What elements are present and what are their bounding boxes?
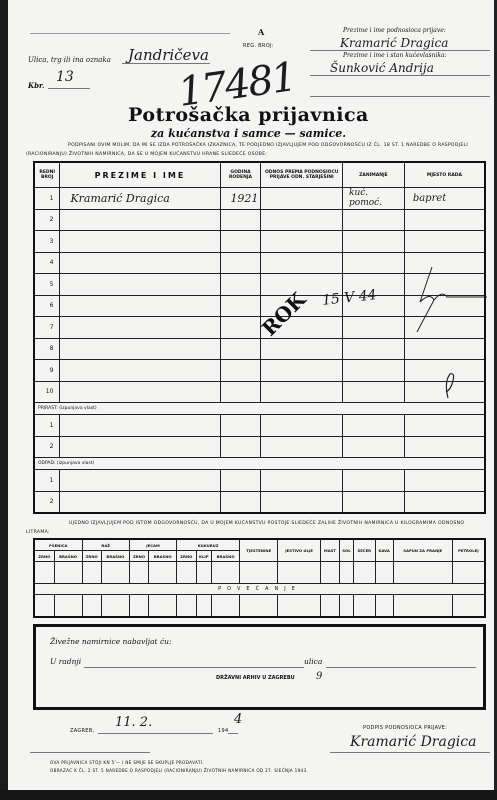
applicant-line [310, 50, 490, 51]
applicant-label: Prezime i ime podnosioca prijave: [343, 27, 446, 34]
street-field-line [326, 667, 476, 668]
row-number: 6 [34, 295, 60, 317]
stock-increase-row: POVEĆANJE [34, 584, 485, 595]
header-name: PREZIME I IME [60, 162, 220, 188]
sub-corn-grain: ZRNO [177, 551, 196, 562]
group-barley: JEČAM [129, 539, 176, 551]
group-corn: KUKURUZ [177, 539, 240, 551]
table-row: 10 [34, 381, 485, 403]
place-label: ZAGREB, [70, 728, 94, 734]
form-subtitle: za kućanstva i samce — samice. [0, 127, 497, 140]
person-name: Kramarić Dragica [60, 188, 220, 210]
archive-stamp: DRŽAVNI ARHIV U ZAGREBU [216, 675, 295, 681]
row-number: 2 [34, 436, 60, 458]
stock-table: PŠENICA RAŽ JEČAM KUKURUZ TJESTENINE JES… [33, 538, 486, 618]
scan-border-bottom [0, 790, 497, 800]
shop-label: U radnji [50, 657, 81, 666]
group-wheat: PŠENICA [34, 539, 82, 551]
top-rule [30, 33, 230, 34]
decrease-section-row: ODPAD: (izpunjava vlast) [34, 458, 485, 470]
row-number: 4 [34, 252, 60, 274]
footer-left-line [30, 752, 150, 753]
table-row: 1 Kramarić Dragica 1921 kuć. pomoć. bapr… [34, 188, 485, 210]
applicant-value: Kramarić Dragica [340, 36, 448, 50]
form-note: OBRAZAC K ČL. 2 ST. 5 NAREDBE O RASPODJE… [50, 768, 308, 773]
table-row: 1 [34, 470, 485, 492]
signature-value: Kramarić Dragica [350, 734, 476, 750]
stock-increase-values-row [34, 595, 485, 618]
intro-text: PODPISANI OVIM MOLIM, DA MI SE IZDA POTR… [26, 141, 488, 159]
table-row: 2 [34, 491, 485, 513]
form-title: Potrošačka prijavnica [0, 104, 497, 126]
persons-table: REDNI BROJ PREZIME I IME GODINA RODENJA … [33, 161, 486, 514]
group-sugar: ŠEĆER [353, 539, 375, 562]
house-number-line [48, 88, 90, 89]
row-number: 1 [34, 470, 60, 492]
persons-header-row: REDNI BROJ PREZIME I IME GODINA RODENJA … [34, 162, 485, 188]
date-line [98, 733, 213, 734]
header-number: REDNI BROJ [34, 162, 60, 188]
row-number: 8 [34, 338, 60, 360]
sub-rye-grain: ZRNO [82, 551, 101, 562]
year-line [228, 733, 238, 734]
header-occupation: ZANIMANJE [343, 162, 405, 188]
owner-label: Prezime i ime i stan kućevlasnika: [343, 52, 447, 59]
series-letter: A [258, 27, 264, 37]
group-salt: SOL [340, 539, 354, 562]
year-suffix: 4 [234, 712, 242, 727]
house-number-value: 13 [56, 69, 74, 85]
row-number: 2 [34, 491, 60, 513]
street-line [122, 63, 210, 64]
stock-increase-label: POVEĆANJE [34, 584, 485, 595]
row-number: 1 [34, 188, 60, 210]
row-number: 9 [34, 360, 60, 382]
group-pasta: TJESTENINE [240, 539, 278, 562]
street-field-label: ulica [304, 657, 322, 666]
table-row: 3 [34, 231, 485, 253]
person-relation [261, 188, 343, 210]
group-lard: MAST [320, 539, 339, 562]
row-number: 7 [34, 317, 60, 339]
row-number: 3 [34, 231, 60, 253]
sub-corn-flour: BRAŠNO [212, 551, 240, 562]
supply-label: Živežne namirnice nabavljat ću: [50, 637, 172, 646]
owner-value: Šunković Andrija [330, 61, 434, 75]
reg-number-label: REG. BROJ: [243, 43, 274, 49]
row-number: 5 [34, 274, 60, 296]
official-signature-icon [412, 262, 492, 332]
sub-corn-cob: KLIP [196, 551, 212, 562]
row-number: 1 [34, 415, 60, 437]
sub-barley-flour: BRAŠNO [149, 551, 177, 562]
decrease-label: ODPAD: (izpunjava vlast) [34, 458, 485, 470]
sub-wheat-flour: BRAŠNO [54, 551, 82, 562]
row-number: 2 [34, 209, 60, 231]
extra-line [310, 96, 490, 97]
year-prefix: 194 [218, 728, 228, 734]
row-number: 10 [34, 381, 60, 403]
header-birth-year: GODINA RODENJA [220, 162, 261, 188]
initial-mark-icon [440, 370, 460, 400]
increase-label: PRIRAST: (izpunjava vlast) [34, 403, 485, 415]
person-birth-year: 1921 [220, 188, 261, 210]
person-workplace: bapret [404, 188, 485, 210]
street-label: Ulica, trg ili ina oznaka [28, 56, 111, 64]
person-occupation: kuć. pomoć. [343, 188, 405, 210]
table-row: 8 [34, 338, 485, 360]
archive-mark: 9 [316, 671, 322, 682]
stock-group-row: PŠENICA RAŽ JEČAM KUKURUZ TJESTENINE JES… [34, 539, 485, 551]
supply-box: Živežne namirnice nabavljat ću: U radnji… [33, 624, 486, 710]
sub-rye-flour: BRAŠNO [101, 551, 129, 562]
group-rye: RAŽ [82, 539, 129, 551]
table-row: 2 [34, 436, 485, 458]
street-value: Jandričeva [128, 46, 209, 64]
sub-barley-grain: ZRNO [129, 551, 148, 562]
table-row: 1 [34, 415, 485, 437]
date-value: 11. 2. [115, 715, 152, 730]
signature-label: PODPIS PODNOSIOCA PRIJAVE: [363, 725, 447, 731]
table-row: 2 [34, 209, 485, 231]
header-relation: ODNOS PREMA PODNOSIOCU PRIJAVE ODN. STAR… [261, 162, 343, 188]
stock-text: UJEDNO IZJAVLJUJEM POD ISTOM ODGOVORNOŠĆ… [26, 519, 488, 537]
table-row: 9 [34, 360, 485, 382]
shop-line [84, 667, 304, 668]
signature-line [330, 752, 490, 753]
group-coffee: KAVA [375, 539, 393, 562]
increase-section-row: PRIRAST: (izpunjava vlast) [34, 403, 485, 415]
stock-values-row [34, 562, 485, 584]
owner-line [310, 75, 490, 76]
price-note: OVA PRIJAVNICA STOJI KN 5'— I NE SMIJE S… [50, 760, 204, 765]
header-workplace: MJESTO RADA [404, 162, 485, 188]
house-number-label: Kbr. [28, 81, 44, 90]
group-petroleum: PETROLEJ [452, 539, 485, 562]
group-soap: SAPUN ZA PRANJE [393, 539, 452, 562]
sub-wheat-grain: ZRNO [34, 551, 54, 562]
group-oil: JESTIVO ULJE [278, 539, 320, 562]
